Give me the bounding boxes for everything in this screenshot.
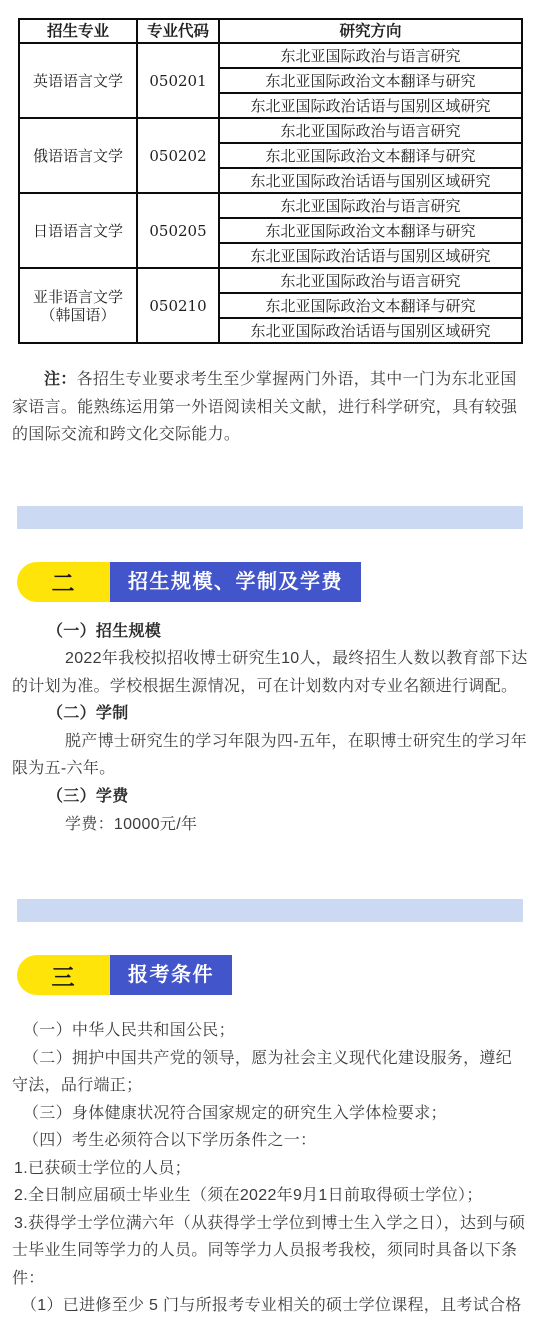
section-divider bbox=[17, 899, 523, 922]
section3-body: （一）中华人民共和国公民； （二）拥护中国共产党的领导，愿为社会主义现代化建设服… bbox=[12, 1017, 528, 1320]
direction-cell: 东北亚国际政治与语言研究 bbox=[219, 43, 522, 68]
table-row: 俄语语言文学 050202 东北亚国际政治与语言研究 bbox=[19, 118, 522, 143]
note-paragraph: 注：各招生专业要求考生至少掌握两门外语，其中一门为东北亚国家语言。能熟练运用第一… bbox=[12, 366, 528, 449]
section-number-pill: 三 bbox=[17, 955, 110, 995]
section3-header: 三 报考条件 bbox=[17, 955, 540, 995]
tuition-line: 学费：10000元/年 bbox=[12, 811, 528, 839]
code-cell: 050210 bbox=[137, 268, 219, 343]
subsection-heading: （三）学费 bbox=[12, 783, 528, 811]
condition-item: （三）身体健康状况符合国家规定的研究生入学体检要求； bbox=[12, 1100, 528, 1128]
table-row: 英语语言文学 050201 东北亚国际政治与语言研究 bbox=[19, 43, 522, 68]
paragraph: 脱产博士研究生的学习年限为四-五年，在职博士研究生的学习年限为五-六年。 bbox=[12, 728, 528, 783]
major-cell: 亚非语言文学 （韩国语） bbox=[19, 268, 137, 343]
subsection-heading: （一）招生规模 bbox=[12, 618, 528, 646]
section-title: 招生规模、学制及学费 bbox=[110, 562, 361, 602]
note-label: 注： bbox=[44, 371, 77, 388]
direction-cell: 东北亚国际政治文本翻译与研究 bbox=[219, 143, 522, 168]
direction-cell: 东北亚国际政治话语与国别区域研究 bbox=[219, 243, 522, 268]
direction-cell: 东北亚国际政治话语与国别区域研究 bbox=[219, 93, 522, 118]
section2-header: 二 招生规模、学制及学费 bbox=[17, 562, 540, 602]
direction-cell: 东北亚国际政治文本翻译与研究 bbox=[219, 218, 522, 243]
code-cell: 050201 bbox=[137, 43, 219, 118]
condition-item: （二）拥护中国共产党的领导，愿为社会主义现代化建设服务，遵纪守法，品行端正； bbox=[12, 1045, 528, 1100]
direction-cell: 东北亚国际政治话语与国别区域研究 bbox=[219, 318, 522, 343]
condition-item: （一）中华人民共和国公民； bbox=[12, 1017, 528, 1045]
section-title: 报考条件 bbox=[110, 955, 232, 995]
table-row: 日语语言文学 050205 东北亚国际政治与语言研究 bbox=[19, 193, 522, 218]
admissions-table: 招生专业 专业代码 研究方向 英语语言文学 050201 东北亚国际政治与语言研… bbox=[18, 18, 523, 344]
code-cell: 050202 bbox=[137, 118, 219, 193]
major-cell: 英语语言文学 bbox=[19, 43, 137, 118]
table-header-row: 招生专业 专业代码 研究方向 bbox=[19, 19, 522, 43]
major-cell: 俄语语言文学 bbox=[19, 118, 137, 193]
section-divider bbox=[17, 506, 523, 529]
table-section: 招生专业 专业代码 研究方向 英语语言文学 050201 东北亚国际政治与语言研… bbox=[0, 0, 540, 344]
major-cell: 日语语言文学 bbox=[19, 193, 137, 268]
col-header-major: 招生专业 bbox=[19, 19, 137, 43]
condition-subitem: 1.已获硕士学位的人员； bbox=[12, 1155, 528, 1183]
note-text: 各招生专业要求考生至少掌握两门外语，其中一门为东北亚国家语言。能熟练运用第一外语… bbox=[12, 371, 517, 443]
code-cell: 050205 bbox=[137, 193, 219, 268]
direction-cell: 东北亚国际政治文本翻译与研究 bbox=[219, 68, 522, 93]
paragraph: 2022年我校拟招收博士研究生10人，最终招生人数以教育部下达的计划为准。学校根… bbox=[12, 645, 528, 700]
direction-cell: 东北亚国际政治与语言研究 bbox=[219, 268, 522, 293]
condition-subitem: 2.全日制应届硕士毕业生（须在2022年9月1日前取得硕士学位）； bbox=[12, 1182, 528, 1210]
admissions-notice-page: { "colors": { "accent_blue": "#4355cb", … bbox=[0, 0, 540, 1322]
section-number: 二 bbox=[52, 565, 76, 598]
condition-item: （四）考生必须符合以下学历条件之一： bbox=[12, 1127, 528, 1155]
direction-cell: 东北亚国际政治与语言研究 bbox=[219, 193, 522, 218]
direction-cell: 东北亚国际政治与语言研究 bbox=[219, 118, 522, 143]
condition-subitem: （1）已进修至少 5 门与所报考专业相关的硕士学位课程，且考试合格 bbox=[12, 1292, 528, 1320]
direction-cell: 东北亚国际政治话语与国别区域研究 bbox=[219, 168, 522, 193]
section-number-pill: 二 bbox=[17, 562, 110, 602]
direction-cell: 东北亚国际政治文本翻译与研究 bbox=[219, 293, 522, 318]
col-header-code: 专业代码 bbox=[137, 19, 219, 43]
subsection-heading: （二）学制 bbox=[12, 700, 528, 728]
col-header-direction: 研究方向 bbox=[219, 19, 522, 43]
section-number: 三 bbox=[52, 959, 76, 992]
section2-body: （一）招生规模 2022年我校拟招收博士研究生10人，最终招生人数以教育部下达的… bbox=[12, 618, 528, 839]
table-row: 亚非语言文学 （韩国语） 050210 东北亚国际政治与语言研究 bbox=[19, 268, 522, 293]
condition-subitem: 3.获得学士学位满六年（从获得学士学位到博士生入学之日），达到与硕士毕业生同等学… bbox=[12, 1210, 528, 1293]
